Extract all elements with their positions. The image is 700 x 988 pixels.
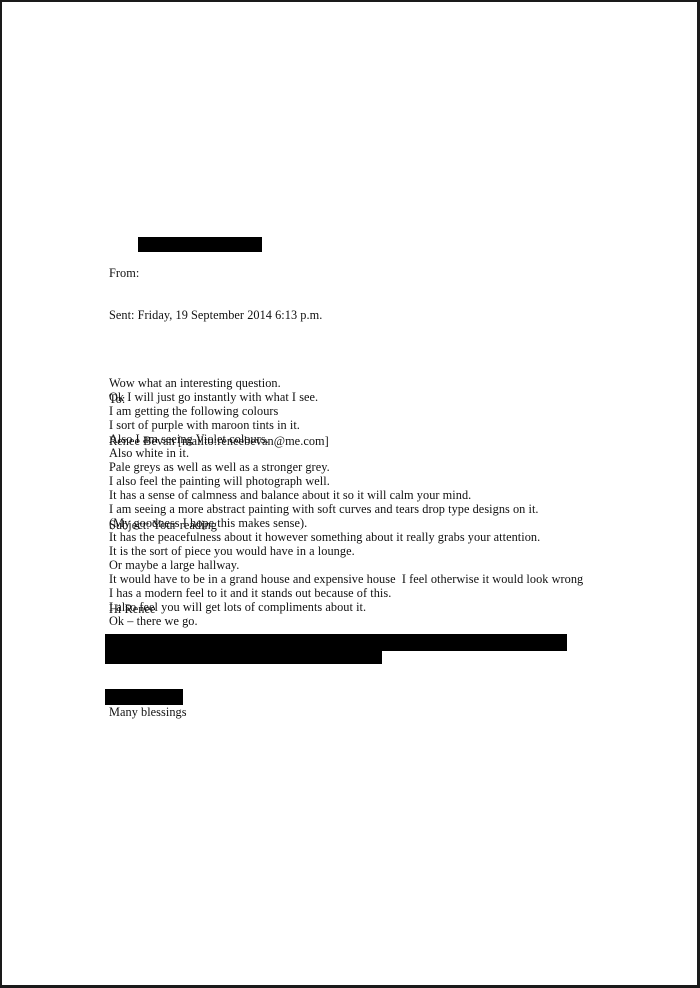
body-line: (My goodness I hope this makes sense). xyxy=(109,516,583,530)
body-line: Also I am seeing Violet colours. xyxy=(109,432,583,446)
body-line: It has a sense of calmness and balance a… xyxy=(109,488,583,502)
body-line: I has a modern feel to it and it stands … xyxy=(109,586,583,600)
redaction-paragraph-line-1 xyxy=(105,634,567,651)
body-line: Wow what an interesting question. xyxy=(109,376,583,390)
from-label: From: xyxy=(109,266,329,280)
spacer xyxy=(109,350,329,364)
body-line: I am getting the following colours xyxy=(109,404,583,418)
body-line: I also feel the painting will photograph… xyxy=(109,474,583,488)
body-line: I also feel you will get lots of complim… xyxy=(109,600,583,614)
body-line: It would have to be in a grand house and… xyxy=(109,572,583,586)
email-body: Wow what an interesting question.Ok I wi… xyxy=(109,376,583,628)
redaction-signature xyxy=(105,689,183,705)
body-line: Pale greys as well as well as a stronger… xyxy=(109,460,583,474)
body-line: It is the sort of piece you would have i… xyxy=(109,544,583,558)
body-line: Or maybe a large hallway. xyxy=(109,558,583,572)
body-line: I am seeing a more abstract painting wit… xyxy=(109,502,583,516)
body-line: Ok – there we go. xyxy=(109,614,583,628)
closing-text: Many blessings xyxy=(109,705,187,719)
email-closing: Many blessings xyxy=(109,677,187,747)
body-line: Ok I will just go instantly with what I … xyxy=(109,390,583,404)
body-line: It has the peacefulness about it however… xyxy=(109,530,583,544)
sent-line: Sent: Friday, 19 September 2014 6:13 p.m… xyxy=(109,308,329,322)
document-page: From: Sent: Friday, 19 September 2014 6:… xyxy=(0,0,700,988)
body-line: I sort of purple with maroon tints in it… xyxy=(109,418,583,432)
redaction-paragraph-line-2 xyxy=(105,650,382,664)
redaction-from xyxy=(138,237,262,252)
body-line: Also white in it. xyxy=(109,446,583,460)
